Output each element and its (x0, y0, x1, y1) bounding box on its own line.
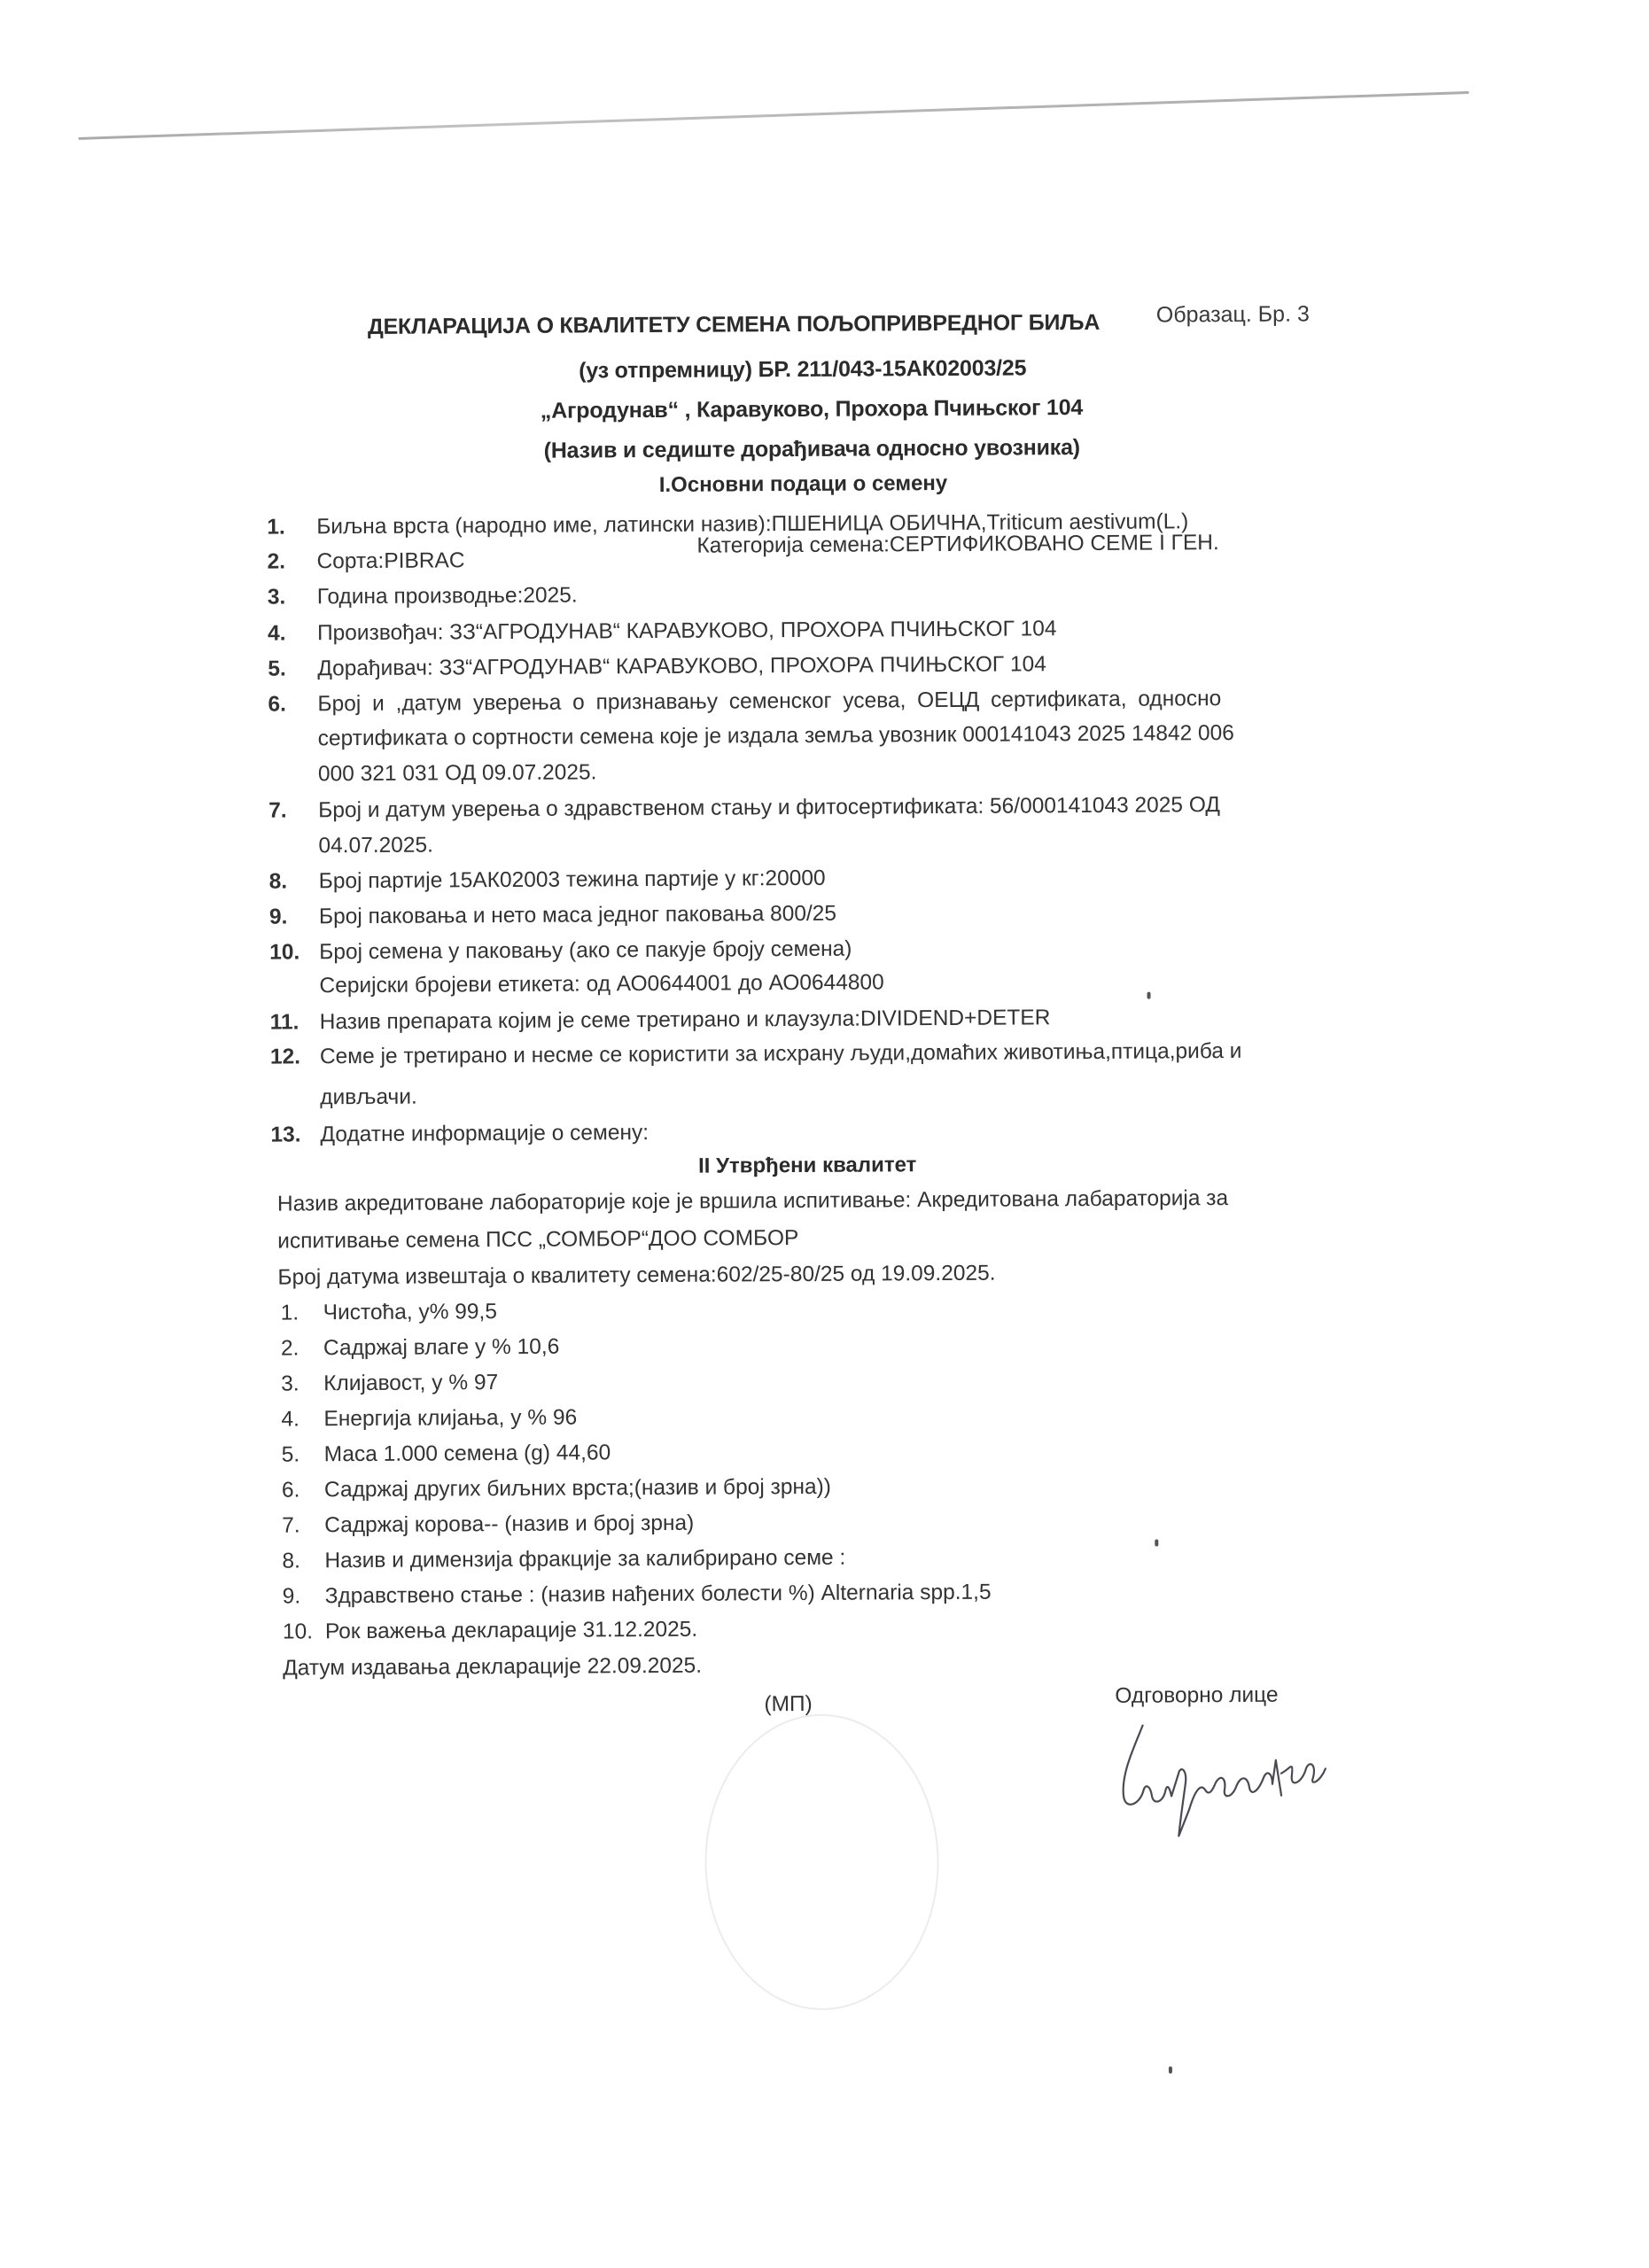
s1-item-10-serials: Серијски бројеви етикета: од АО0644001 д… (319, 970, 883, 998)
scan-speck (1147, 992, 1151, 999)
s1-item-6-cont-2: 000 321 031 ОД 09.07.2025. (318, 760, 597, 787)
s1-item-6: 6.Број и ,датум уверења о признавању сем… (268, 687, 1221, 718)
s1-item-3: 3.Година производње:2025. (268, 584, 578, 610)
document-page: ДЕКЛАРАЦИЈА О КВАЛИТЕТУ СЕМЕНА ПОЉОПРИВР… (0, 0, 1649, 2268)
s2-item-5: 5.Маса 1.000 семена (g) 44,60 (282, 1441, 611, 1467)
s2-item-9: 9.Здравствено стање : (назив нађених бол… (283, 1581, 992, 1610)
scan-speck (1155, 1540, 1158, 1547)
stamp-label: (МП) (764, 1692, 813, 1717)
s1-item-4: 4.Произвођач: ЗЗ“АГРОДУНАВ“ КАРАВУКОВО, … (268, 617, 1057, 646)
form-number: Образац. Бр. 3 (1156, 301, 1310, 328)
s2-item-6: 6.Садржај других биљних врста;(назив и б… (282, 1475, 831, 1503)
s1-item-12: 12.Семе је третирано и несме се користит… (270, 1039, 1242, 1070)
s1-item-10: 10.Број семена у паковању (ако се пакује… (269, 937, 852, 966)
s1-item-7-cont: 04.07.2025. (318, 834, 433, 859)
faded-stamp (704, 1713, 939, 2011)
s1-item-5: 5.Дорађивач: ЗЗ“АГРОДУНАВ“ КАРАВУКОВО, П… (268, 652, 1046, 681)
section1-title: I.Основни подаци о семену (0, 467, 1628, 501)
responsible-person-label: Одговорно лице (1115, 1683, 1278, 1709)
s1-item-2-category: Категорија семена:СЕРТИФИКОВАНО СЕМЕ I Г… (696, 531, 1218, 559)
lab-name-line-2: испитивање семена ПСС „СОМБОР“ДОО СОМБОР (277, 1226, 798, 1254)
s1-item-12-cont: дивљачи. (320, 1085, 417, 1111)
company-caption: (Назив и седиште дорађивача односно увоз… (0, 431, 1637, 467)
company-name: „Агродунав“ , Каравуково, Прохора Пчињск… (0, 392, 1637, 427)
s2-item-3: 3.Клијавост, у % 97 (281, 1371, 498, 1396)
issue-date: Датум издавања декларације 22.09.2025. (283, 1654, 702, 1682)
scan-top-line (79, 91, 1469, 140)
s1-item-7: 7.Број и датум уверења о здравственом ст… (268, 793, 1220, 824)
document-title: ДЕКЛАРАЦИЈА О КВАЛИТЕТУ СЕМЕНА ПОЉОПРИВР… (368, 310, 1100, 340)
s1-item-8: 8.Број партије 15АК02003 тежина партије … (269, 866, 826, 895)
s1-item-2: 2.Сорта:PIBRAC (267, 548, 464, 574)
lab-name-line-1: Назив акредитоване лабораторије које је … (277, 1186, 1228, 1217)
s1-item-9: 9.Број паковања и нето маса једног паков… (269, 902, 836, 930)
section2-title: II Утврђени квалитет (0, 1148, 1632, 1183)
report-number: Број датума извештаја о квалитету семена… (277, 1262, 995, 1291)
s2-item-8: 8.Назив и димензија фракције за калибрир… (282, 1546, 845, 1574)
declaration-number: (уз отпремницу) БР. 211/043-15АК02003/25 (0, 352, 1627, 387)
s1-item-6-cont-1: сертификата о сортности семена које је и… (318, 721, 1234, 751)
s1-item-11: 11.Назив препарата којим је семе третира… (270, 1006, 1051, 1035)
signature (1116, 1720, 1348, 1845)
s2-item-4: 4.Енергија клијања, у % 96 (281, 1406, 577, 1433)
s1-item-13: 13.Додатне информације о семену: (270, 1121, 649, 1148)
scan-speck (1169, 2066, 1172, 2073)
s2-item-1: 1.Чистоћа, у% 99,5 (281, 1300, 497, 1325)
s2-item-7: 7.Садржај корова-- (назив и број зрна) (282, 1511, 694, 1539)
s2-item-10: 10.Рок важења декларације 31.12.2025. (283, 1618, 697, 1645)
s2-item-2: 2.Садржај влаге у % 10,6 (281, 1335, 559, 1362)
